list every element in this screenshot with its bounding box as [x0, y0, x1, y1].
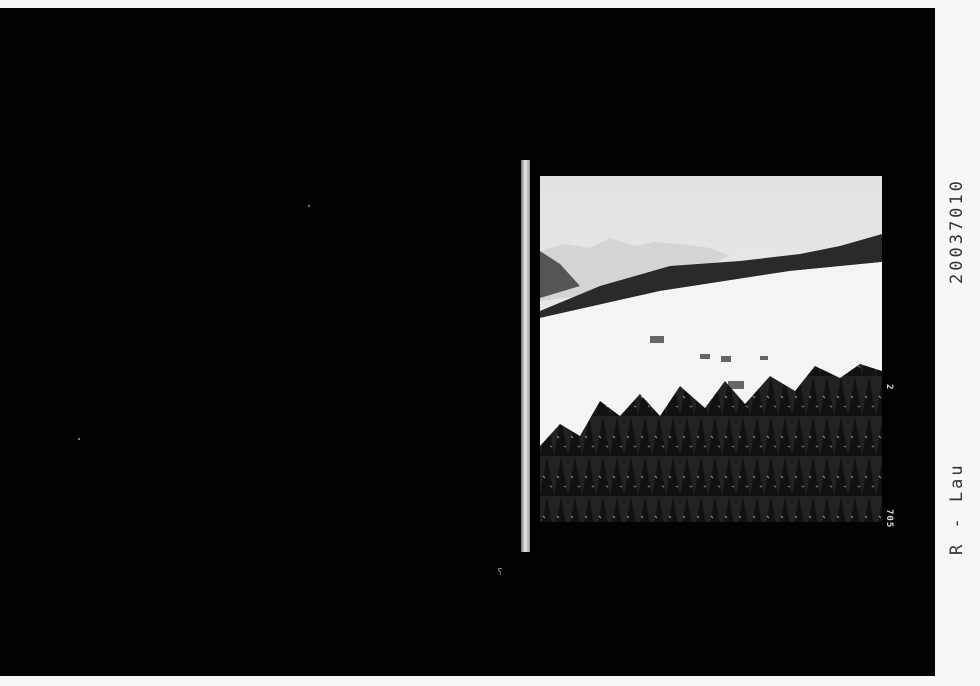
archive-image-id: 20037010: [947, 178, 967, 284]
film-edge-strip: [521, 160, 530, 552]
roll-number: 705: [884, 509, 894, 528]
photographer-label: R - Lau: [947, 462, 967, 555]
film-mark: ⸮: [497, 567, 503, 578]
dust-speck: [308, 205, 310, 207]
photo-frame: [540, 176, 882, 522]
dust-speck: [78, 438, 80, 440]
alpine-landscape: [540, 176, 882, 522]
frame-number: 2: [884, 384, 894, 389]
